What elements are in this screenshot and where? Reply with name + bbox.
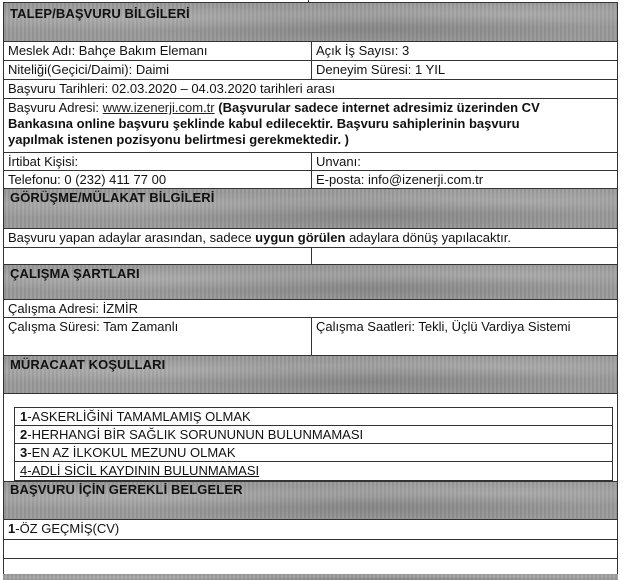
website-link[interactable]: www.izenerji.com.tr [103,100,215,115]
application-address: Başvuru Adresi: www.izenerji.com.tr (Baş… [4,99,617,152]
section-header-application: TALEP/BAŞVURU BİLGİLERİ [3,3,618,42]
row-work-address: Çalışma Adresi: İZMİR [3,300,618,318]
application-dates: Başvuru Tarihleri: 02.03.2020 – 04.03.20… [4,80,617,98]
empty-cell [4,248,311,264]
section-header-working-conditions: ÇALIŞMA ŞARTLARI [3,265,618,300]
row-dates: Başvuru Tarihleri: 02.03.2020 – 04.03.20… [3,80,618,99]
row-empty [3,540,618,559]
contact-person-field: İrtibat Kişisi: [4,153,311,170]
contact-title-field: Unvanı: [311,153,617,170]
occupation-field: Meslek Adı: Bahçe Bakım Elemanı [4,42,311,60]
interview-text-end: adaylara dönüş yapılacaktır. [345,230,511,245]
row-phone: Telefonu: 0 (232) 411 77 00 E-posta: inf… [3,171,618,189]
list-item: 1-ASKERLİĞİNİ TAMAMLAMIŞ OLMAK [15,408,612,426]
interview-text: Başvuru yapan adaylar arasından, sadece … [4,229,617,247]
next-section-header [3,574,618,580]
list-item: 3-EN AZ İLKOKUL MEZUNU OLMAK [15,444,612,462]
row-document-item: 1-ÖZ GEÇMİŞ(CV) [3,520,618,540]
row-nature: Niteliği(Geçici/Daimi): Daimi Deneyim Sü… [3,61,618,80]
work-duration-field: Çalışma Süresi: Tam Zamanlı [4,318,311,355]
row-address: Başvuru Adresi: www.izenerji.com.tr (Baş… [3,99,618,153]
section-title: GÖRÜŞME/MÜLAKAT BİLGİLERİ [10,190,214,205]
document-item: 1-ÖZ GEÇMİŞ(CV) [4,520,617,539]
interview-text-emphasis: uygun görülen [255,230,345,245]
empty-cell [311,248,617,264]
work-address-field: Çalışma Adresi: İZMİR [4,300,617,317]
row-occupation: Meslek Adı: Bahçe Bakım Elemanı Açık İş … [3,42,618,61]
work-hours-field: Çalışma Saatleri: Tekli, Üçlü Vardiya Si… [311,318,617,355]
section-header-interview: GÖRÜŞME/MÜLAKAT BİLGİLERİ [3,189,618,229]
section-title: TALEP/BAŞVURU BİLGİLERİ [10,6,190,21]
section-header-requirements: MÜRACAAT KOŞULLARI [3,356,618,394]
phone-field: Telefonu: 0 (232) 411 77 00 [4,171,311,188]
row-interview-text: Başvuru yapan adaylar arasından, sadece … [3,229,618,248]
row-requirements: 1-ASKERLİĞİNİ TAMAMLAMIŞ OLMAK 2-HERHANG… [3,394,618,482]
requirements-list: 1-ASKERLİĞİNİ TAMAMLAMIŞ OLMAK 2-HERHANG… [14,407,613,481]
open-positions-field: Açık İş Sayısı: 3 [311,42,617,60]
address-label: Başvuru Adresi: [8,100,103,115]
list-item: 2-HERHANGİ BİR SAĞLIK SORUNUNUN BULUNMAM… [15,426,612,444]
row-empty [3,559,618,575]
row-empty [3,248,618,265]
section-title: BAŞVURU İÇİN GEREKLİ BELGELER [10,482,243,497]
experience-field: Deneyim Süresi: 1 YIL [311,61,617,79]
nature-field: Niteliği(Geçici/Daimi): Daimi [4,61,311,79]
interview-text-start: Başvuru yapan adaylar arasından, sadece [8,230,255,245]
list-item: 4-ADLİ SİCİL KAYDININ BULUNMAMASI [15,462,612,480]
row-work-schedule: Çalışma Süresi: Tam Zamanlı Çalışma Saat… [3,318,618,356]
section-title: MÜRACAAT KOŞULLARI [10,357,165,372]
section-title: ÇALIŞMA ŞARTLARI [10,266,140,281]
section-header-documents: BAŞVURU İÇİN GEREKLİ BELGELER [3,482,618,520]
email-field: E-posta: info@izenerji.com.tr [311,171,617,188]
row-contact: İrtibat Kişisi: Unvanı: [3,153,618,171]
